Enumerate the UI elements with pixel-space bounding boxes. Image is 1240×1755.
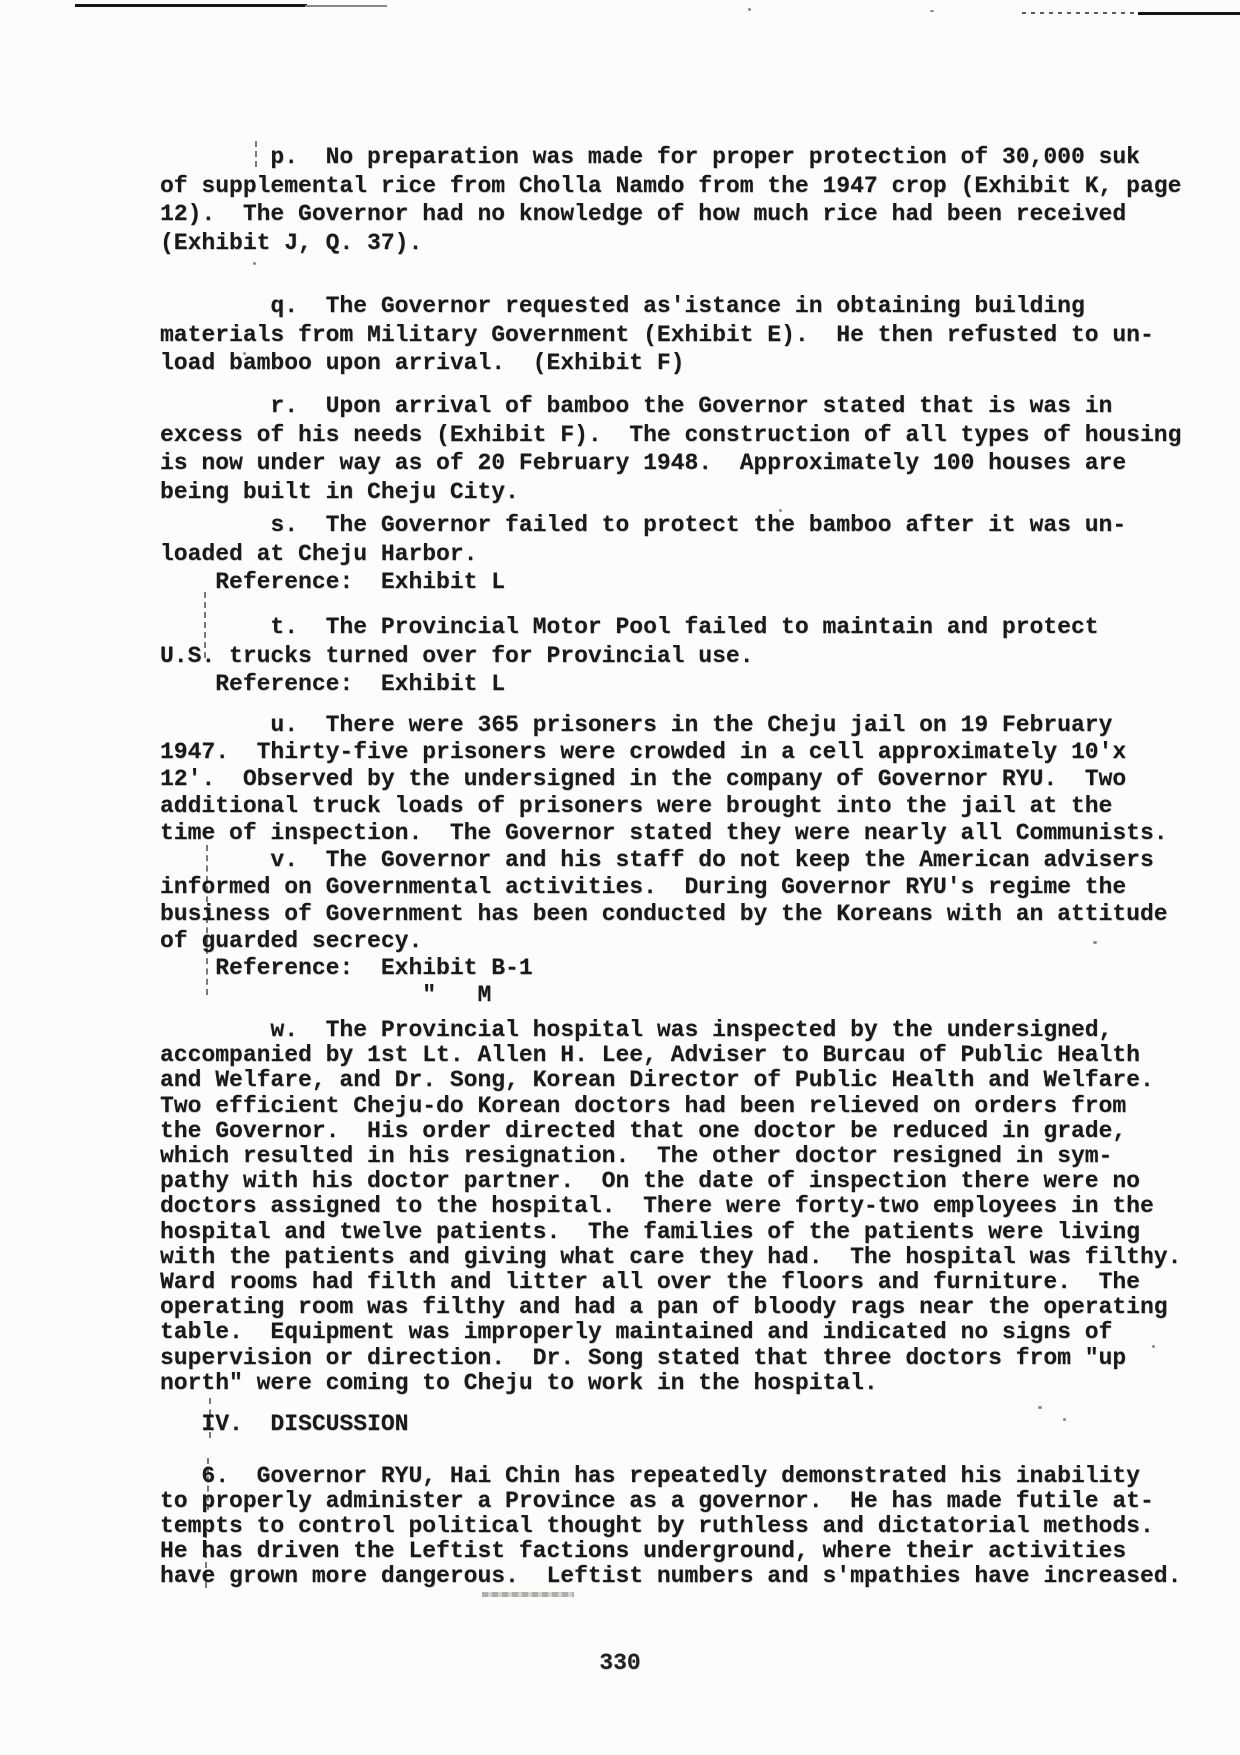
scan-speck (748, 8, 751, 11)
page-number: 330 (0, 1650, 1240, 1676)
paragraph-w: w. The Provincial hospital was inspected… (160, 1018, 1181, 1396)
document-page: p. No preparation was made for proper pr… (0, 0, 1240, 1755)
paragraph-p: p. No preparation was made for proper pr… (160, 143, 1181, 257)
scan-artifact-top-left-line-tail (305, 5, 387, 7)
paragraph-6: 6. Governor RYU, Hai Chin has repeatedly… (160, 1464, 1181, 1589)
scan-artifact-top-left-line (75, 4, 307, 7)
paragraph-u-v: u. There were 365 prisoners in the Cheju… (160, 712, 1168, 1009)
paragraph-q: q. The Governor requested as'istance in … (160, 292, 1154, 378)
paragraph-t: t. The Provincial Motor Pool failed to m… (160, 613, 1099, 699)
scan-speck (930, 10, 934, 12)
paragraph-s: s. The Governor failed to protect the ba… (160, 511, 1126, 597)
scan-artifact-top-right-dashes (1022, 12, 1140, 14)
scan-speck (253, 262, 256, 265)
discussion-heading: IV. DISCUSSION (160, 1412, 408, 1437)
scan-artifact-smudge (482, 1592, 574, 1597)
scan-speck (1063, 1418, 1066, 1421)
scan-artifact-top-right-line (1138, 12, 1240, 15)
scan-speck (1038, 1406, 1042, 1409)
paragraph-r: r. Upon arrival of bamboo the Governor s… (160, 392, 1181, 506)
